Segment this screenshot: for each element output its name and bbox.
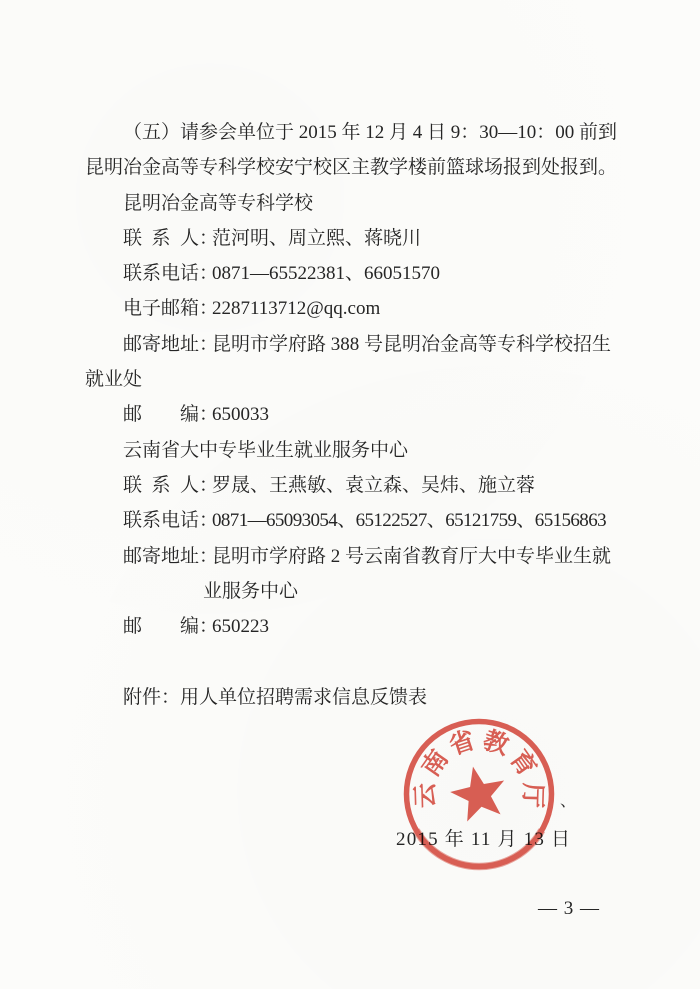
org2-address-row: 邮寄地址：昆明市学府路 2 号云南省教育厅大中专毕业生就 <box>85 539 621 574</box>
seal-char: 教 <box>480 726 513 761</box>
phone-label: 联系电话 <box>123 503 199 538</box>
org2-postcode-row: 邮编：650223 <box>85 609 621 644</box>
seal-ring-bottom-smudge <box>416 830 542 866</box>
contact-value: 罗晟、王燕敏、袁立森、吴炜、施立蓉 <box>212 475 535 496</box>
seal-char: 厅 <box>518 783 547 809</box>
phone-value: 0871—65093054、65122527、65121759、65156863 <box>212 510 606 531</box>
address-label: 邮寄地址 <box>123 327 199 362</box>
label-colon: ： <box>199 291 212 326</box>
intro-line-2: 昆明冶金高等专科学校安宁校区主教学楼前篮球场报到处报到。 <box>85 150 621 185</box>
org1-name: 昆明冶金高等专科学校 <box>85 186 621 221</box>
label-colon: ： <box>199 609 212 644</box>
blank-line <box>85 644 621 679</box>
address-value: 昆明市学府路 2 号云南省教育厅大中专毕业生就 <box>212 546 611 567</box>
org2-address-continuation: 业服务中心 <box>85 574 621 609</box>
label-colon: ： <box>199 221 212 256</box>
label-colon: ： <box>199 256 212 291</box>
label-colon: ： <box>199 397 212 432</box>
official-red-seal: 云 南 省 教 育 厅 <box>399 714 559 874</box>
org1-postcode-row: 邮编：650033 <box>85 397 621 432</box>
stray-ink-mark: 、 <box>560 788 576 811</box>
org1-address-continuation: 就业处 <box>85 362 621 397</box>
contact-label: 联系人 <box>123 468 199 503</box>
seal-char: 云 <box>411 783 440 809</box>
address-label: 邮寄地址 <box>123 539 199 574</box>
org2-contact-row: 联系人：罗晟、王燕敏、袁立森、吴炜、施立蓉 <box>85 468 621 503</box>
postcode-label: 邮编 <box>123 397 199 432</box>
contact-value: 范河明、周立熙、蒋晓川 <box>212 228 421 249</box>
postcode-value: 650033 <box>212 404 269 425</box>
label-colon: ： <box>199 539 212 574</box>
email-label: 电子邮箱 <box>123 291 199 326</box>
seal-char: 省 <box>446 726 479 760</box>
org1-contact-row: 联系人：范河明、周立熙、蒋晓川 <box>85 221 621 256</box>
page-number: — 3 — <box>538 898 600 920</box>
phone-label: 联系电话 <box>123 256 199 291</box>
document-body: （五）请参会单位于 2015 年 12 月 4 日 9：30—10：00 前到 … <box>85 115 621 715</box>
org1-email-row: 电子邮箱：2287113712@qq.com <box>85 291 621 326</box>
postcode-label: 邮编 <box>123 609 199 644</box>
label-colon: ： <box>199 503 212 538</box>
intro-line-1: （五）请参会单位于 2015 年 12 月 4 日 9：30—10：00 前到 <box>85 115 621 150</box>
contact-label: 联系人 <box>123 221 199 256</box>
org2-name: 云南省大中专毕业生就业服务中心 <box>85 433 621 468</box>
phone-value: 0871—65522381、66051570 <box>212 263 440 284</box>
label-colon: ： <box>199 468 212 503</box>
attachment-line: 附件：用人单位招聘需求信息反馈表 <box>85 680 621 715</box>
seal-star-icon <box>446 761 511 824</box>
org1-phone-row: 联系电话：0871—65522381、66051570 <box>85 256 621 291</box>
label-colon: ： <box>199 327 212 362</box>
org2-phone-row: 联系电话：0871—65093054、65122527、65121759、651… <box>85 503 621 538</box>
org1-address-row: 邮寄地址：昆明市学府路 388 号昆明冶金高等专科学校招生 <box>85 327 621 362</box>
postcode-value: 650223 <box>212 616 269 637</box>
email-value: 2287113712@qq.com <box>212 298 380 319</box>
address-value: 昆明市学府路 388 号昆明冶金高等专科学校招生 <box>212 334 611 355</box>
scanned-document-page: （五）请参会单位于 2015 年 12 月 4 日 9：30—10：00 前到 … <box>0 0 700 989</box>
